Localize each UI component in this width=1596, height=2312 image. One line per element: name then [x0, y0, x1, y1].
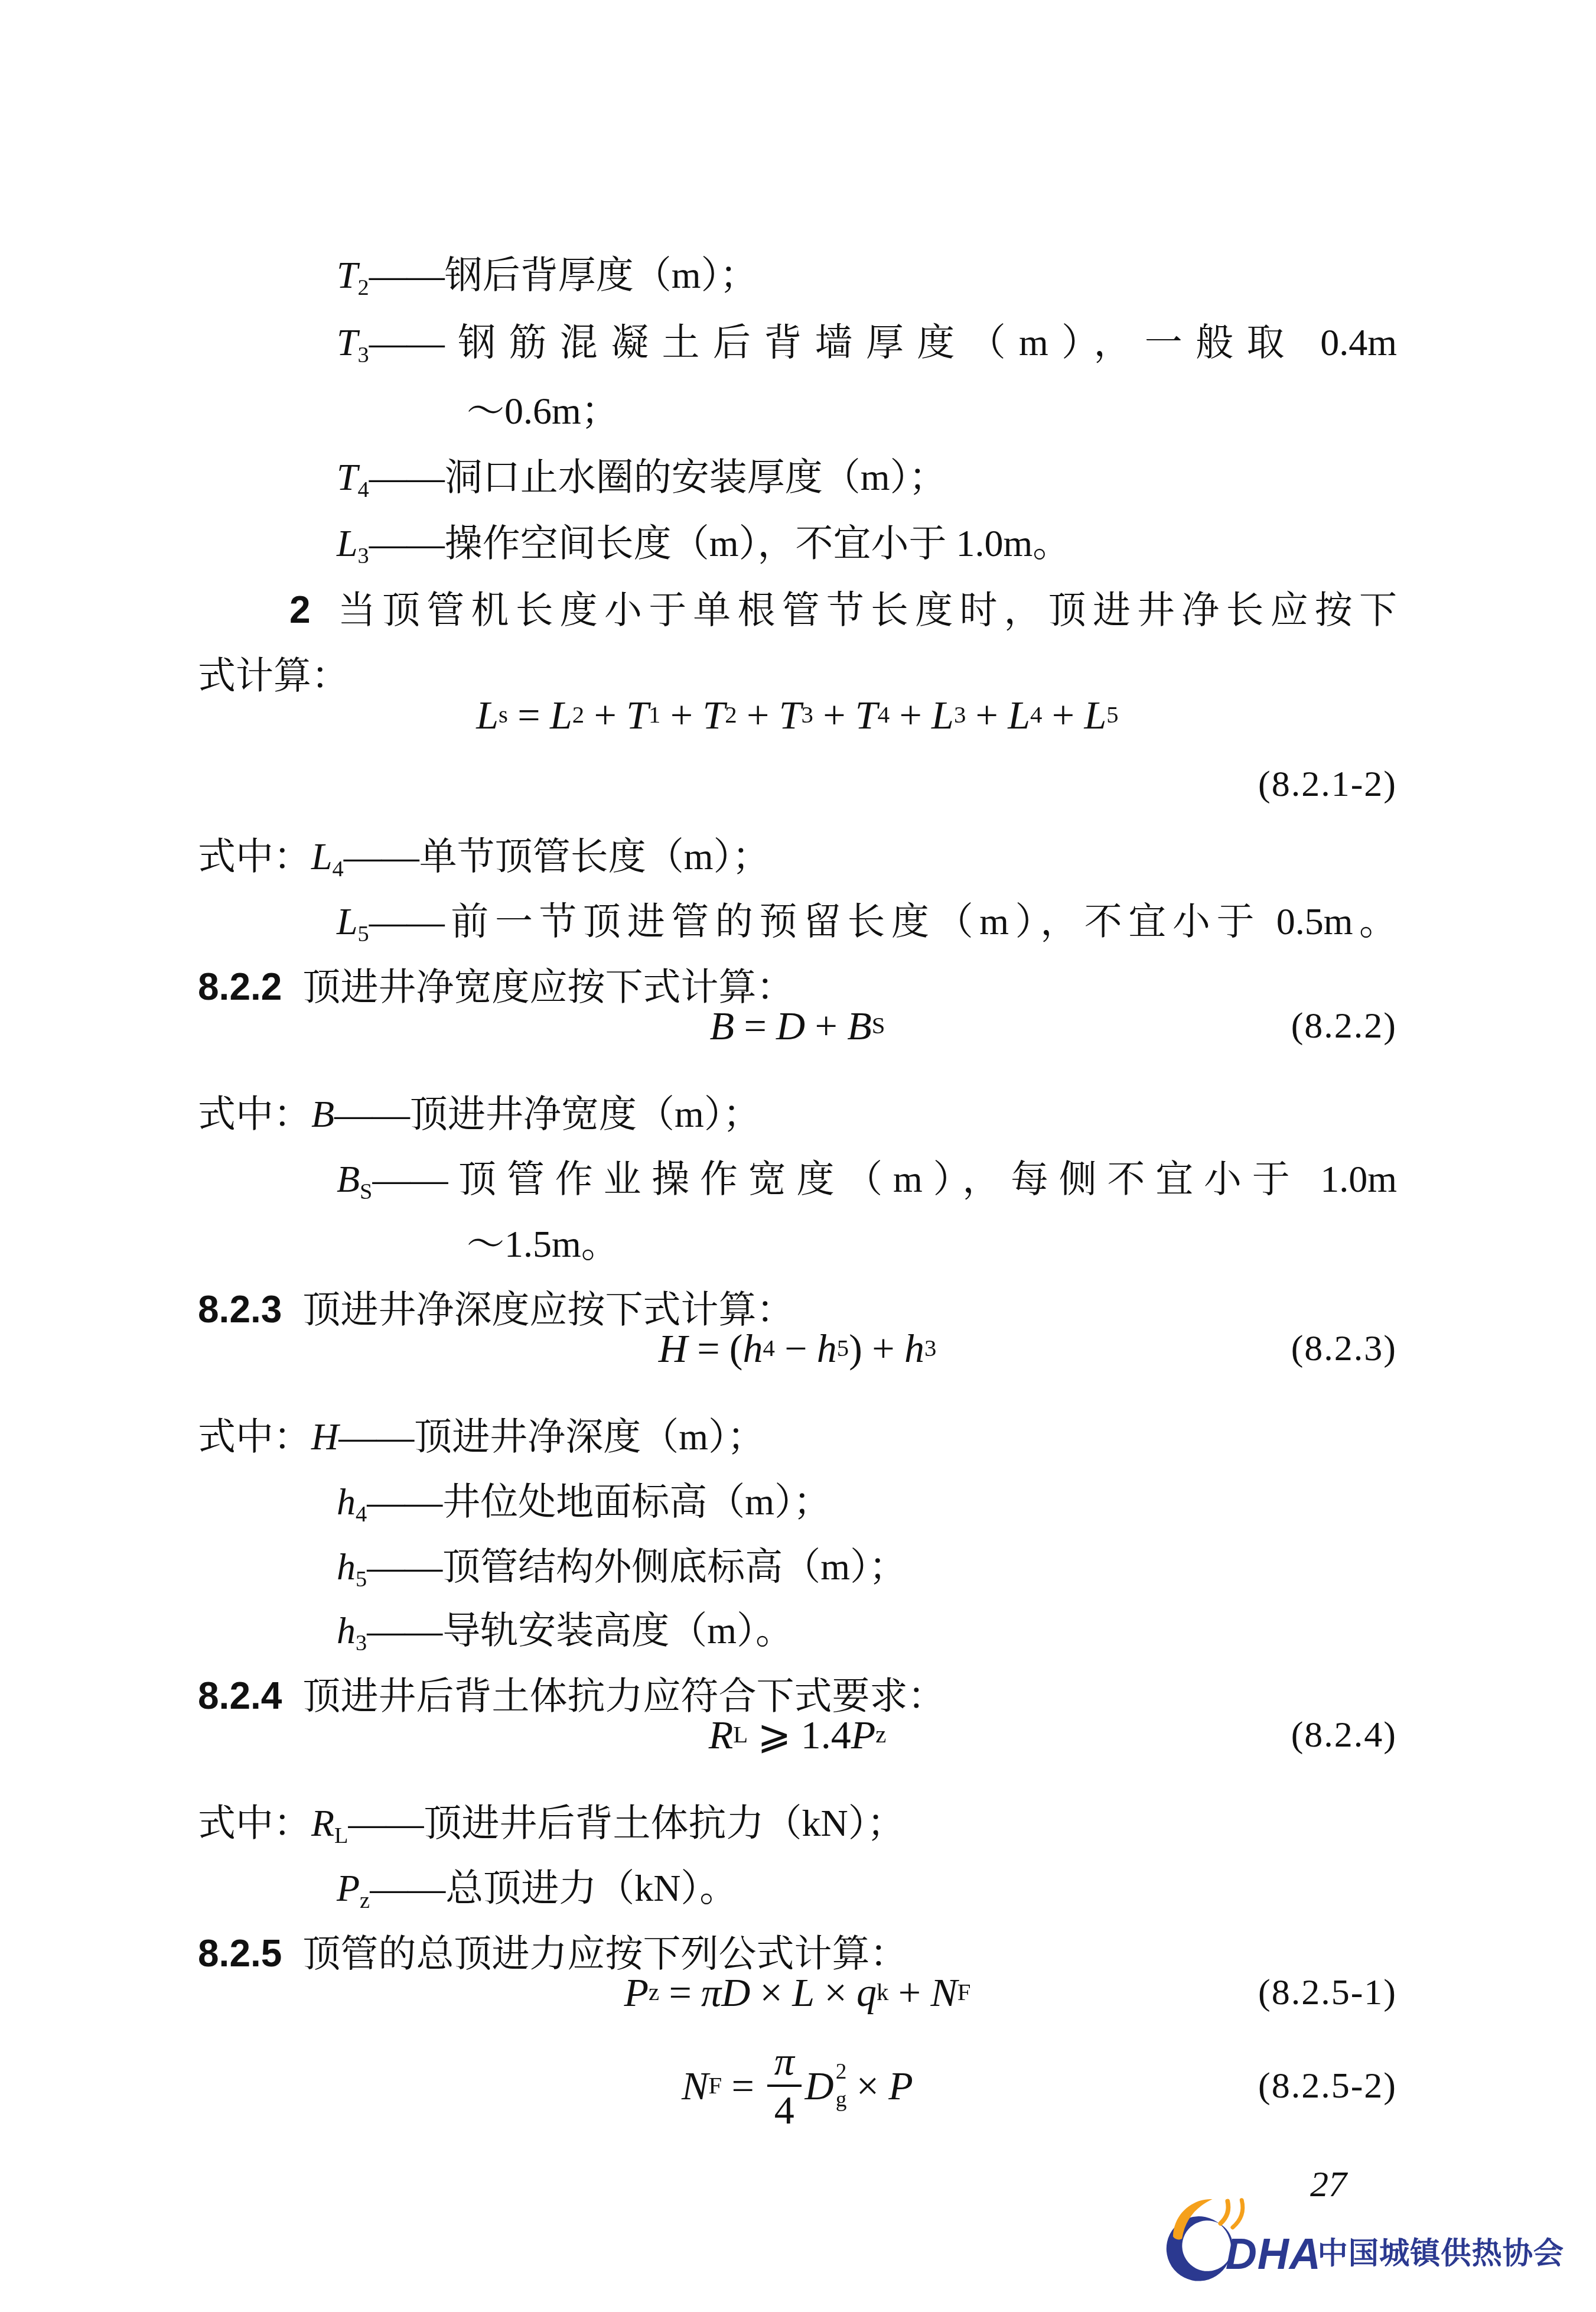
formula-expression: B=D+BS: [710, 1003, 885, 1049]
formula-number: (8.2.5-2): [1258, 2065, 1397, 2107]
formula-number: (8.2.2): [1291, 1005, 1397, 1047]
formula: H=(h4−h5)+h3 (8.2.3): [198, 1313, 1397, 1384]
formula: NF=π4D2g×P (8.2.5-2): [198, 2033, 1397, 2139]
symbol-definition-line: h3——导轨安装高度（m）。: [337, 1602, 793, 1659]
where-clause-line: 式中：L4——单节顶管长度（m）；: [198, 828, 770, 885]
formula: B=D+BS (8.2.2): [198, 990, 1397, 1061]
symbol-definition-line: h5——顶管结构外侧底标高（m）；: [337, 1539, 907, 1595]
definition-continuation-line: ～0.6m；: [467, 383, 619, 440]
document-page: T2——钢后背厚度（m）； T3——钢筋混凝土后背墙厚度（m），一般取 0.4m…: [0, 0, 1596, 2312]
where-clause-line: 式中：B——顶进井净宽度（m）；: [198, 1086, 761, 1143]
formula-number: (8.2.4): [1291, 1714, 1397, 1756]
symbol-definition-line: T3——钢筋混凝土后背墙厚度（m），一般取 0.4m: [337, 314, 1397, 371]
formula-number: (8.2.3): [1291, 1328, 1397, 1370]
symbol-definition-line: T2——钢后背厚度（m）；: [337, 247, 758, 304]
cdha-logo-acronym: DHA: [1226, 2229, 1321, 2278]
where-clause-line: 式中：RL——顶进井后背土体抗力（kN）；: [198, 1795, 905, 1852]
where-clause-line: 式中：H——顶进井净深度（m）；: [198, 1409, 765, 1465]
formula-number: (8.2.5-1): [1258, 1972, 1397, 2014]
definition-continuation-line: ～1.5m。: [467, 1216, 619, 1273]
symbol-definition-line: L3——操作空间长度（m），不宜小于 1.0m。: [337, 515, 1070, 572]
formula-expression: NF=π4D2g×P: [682, 2040, 913, 2132]
formula-expression: H=(h4−h5)+h3: [659, 1325, 937, 1372]
symbol-definition-line: L5——前一节顶进管的预留长度（m），不宜小于 0.5m。: [337, 893, 1397, 950]
formula: Pz=πD×L×qk+NF (8.2.5-1): [198, 1957, 1397, 2028]
symbol-definition-line: Pz——总顶进力（kN）。: [337, 1860, 737, 1917]
symbol-definition-line: BS——顶管作业操作宽度（m），每侧不宜小于 1.0m: [337, 1151, 1397, 1208]
formula-expression: Pz=πD×L×qk+NF: [624, 1969, 970, 2016]
formula-expression: RL⩾1.4Pz: [709, 1712, 887, 1758]
symbol-definition-line: T4——洞口止水圈的安装厚度（m）；: [337, 449, 947, 506]
formula-expression: Ls=L2+T1+T2+T3+T4+L3+L4+L5: [476, 692, 1118, 739]
formula: Ls=L2+T1+T2+T3+T4+L3+L4+L5: [198, 679, 1397, 750]
formula-number: (8.2.1-2): [198, 763, 1397, 805]
paragraph-line: 2当顶管机长度小于单根管节长度时，顶进井净长应按下: [289, 581, 1397, 639]
cdha-logo: DHA 中国城镇供热协会: [1151, 2192, 1565, 2287]
cdha-logo-name: 中国城镇供热协会: [1318, 2236, 1564, 2270]
symbol-definition-line: h4——井位处地面标高（m）；: [337, 1474, 831, 1530]
formula: RL⩾1.4Pz (8.2.4): [198, 1699, 1397, 1770]
